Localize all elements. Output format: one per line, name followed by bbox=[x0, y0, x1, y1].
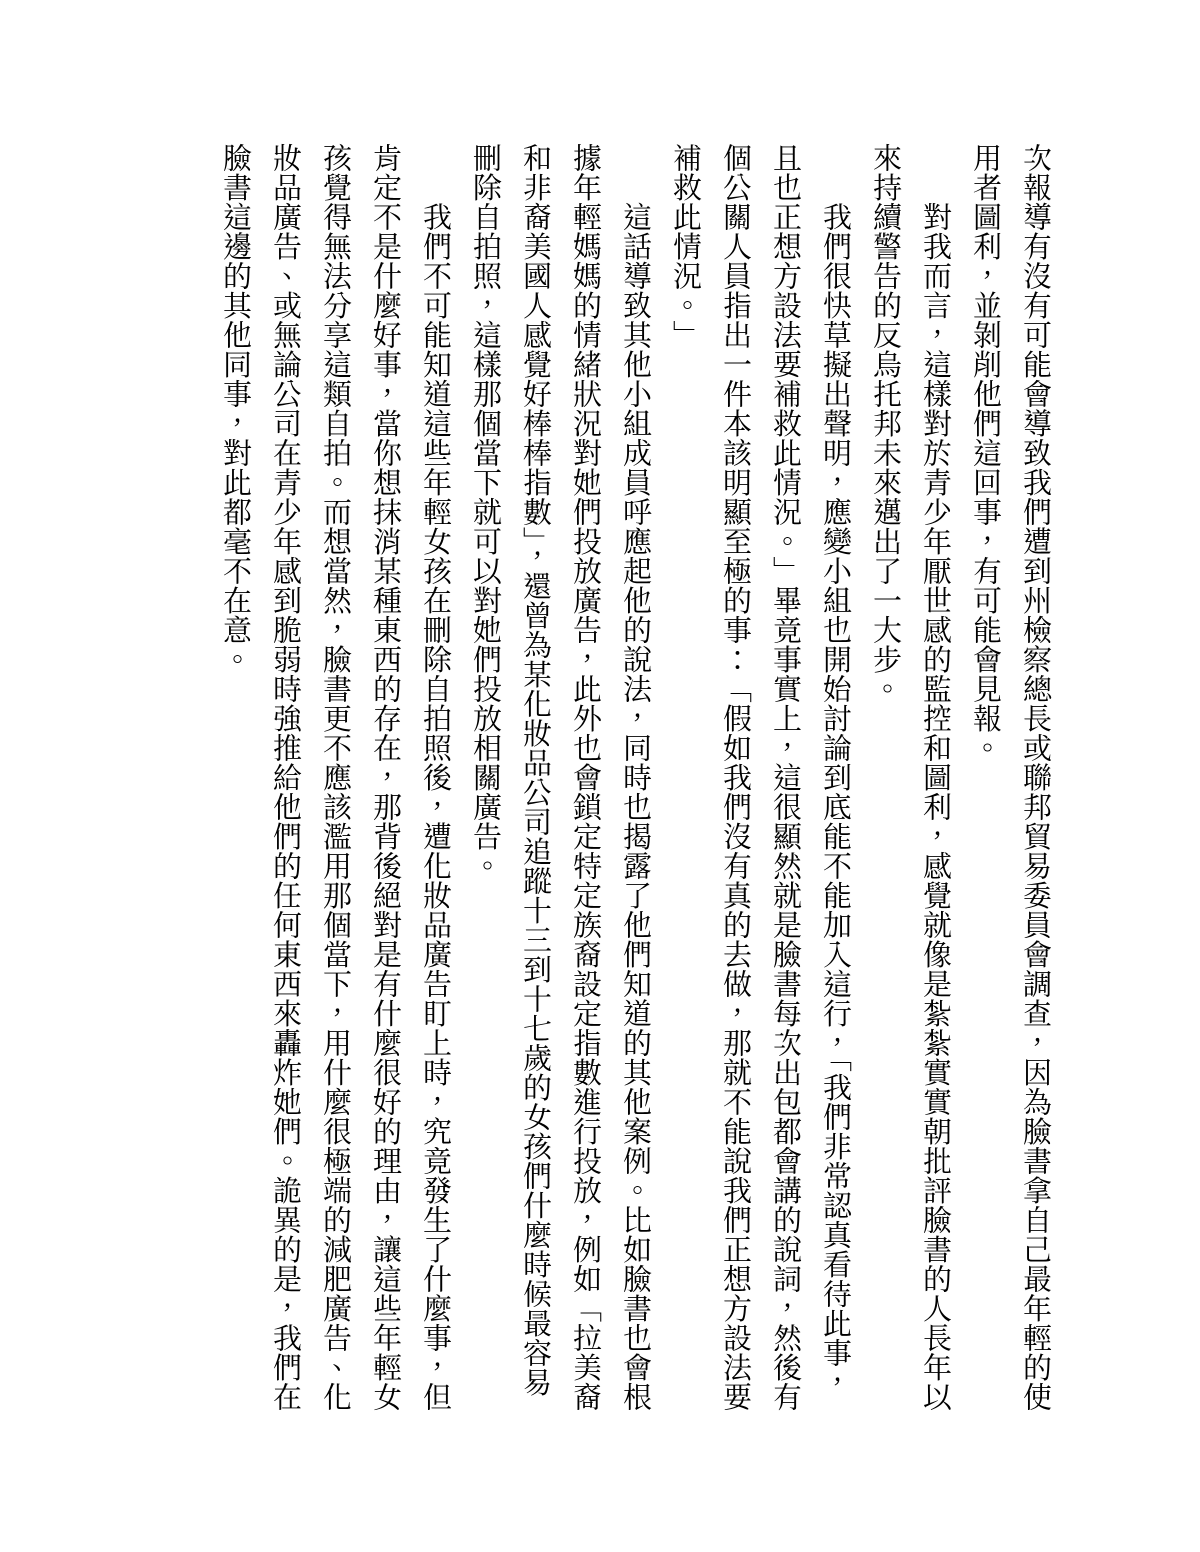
book-page: 次報導有沒有可能會導致我們遭到州檢察總長或聯邦貿易委員會調查，因為臉書拿自己最年… bbox=[0, 0, 1200, 1552]
paragraph-3: 我們很快草擬出聲明，應變小組也開始討論到底能不能加入這行，「我們非常認真看待此事… bbox=[660, 143, 860, 1415]
paragraph-4: 這話導致其他小組成員呼應起他的說法，同時也揭露了他們知道的其他案例。比如臉書也會… bbox=[460, 143, 660, 1415]
paragraph-1: 次報導有沒有可能會導致我們遭到州檢察總長或聯邦貿易委員會調查，因為臉書拿自己最年… bbox=[960, 143, 1060, 1415]
paragraph-5: 我們不可能知道這些年輕女孩在刪除自拍照後，遭化妝品廣告盯上時，究竟發生了什麼事，… bbox=[210, 143, 460, 1415]
paragraph-2: 對我而言，這樣對於青少年厭世感的監控和圖利，感覺就像是紮紮實實朝批評臉書的人長年… bbox=[860, 143, 960, 1415]
vertical-text-block: 次報導有沒有可能會導致我們遭到州檢察總長或聯邦貿易委員會調查，因為臉書拿自己最年… bbox=[210, 143, 1060, 1415]
